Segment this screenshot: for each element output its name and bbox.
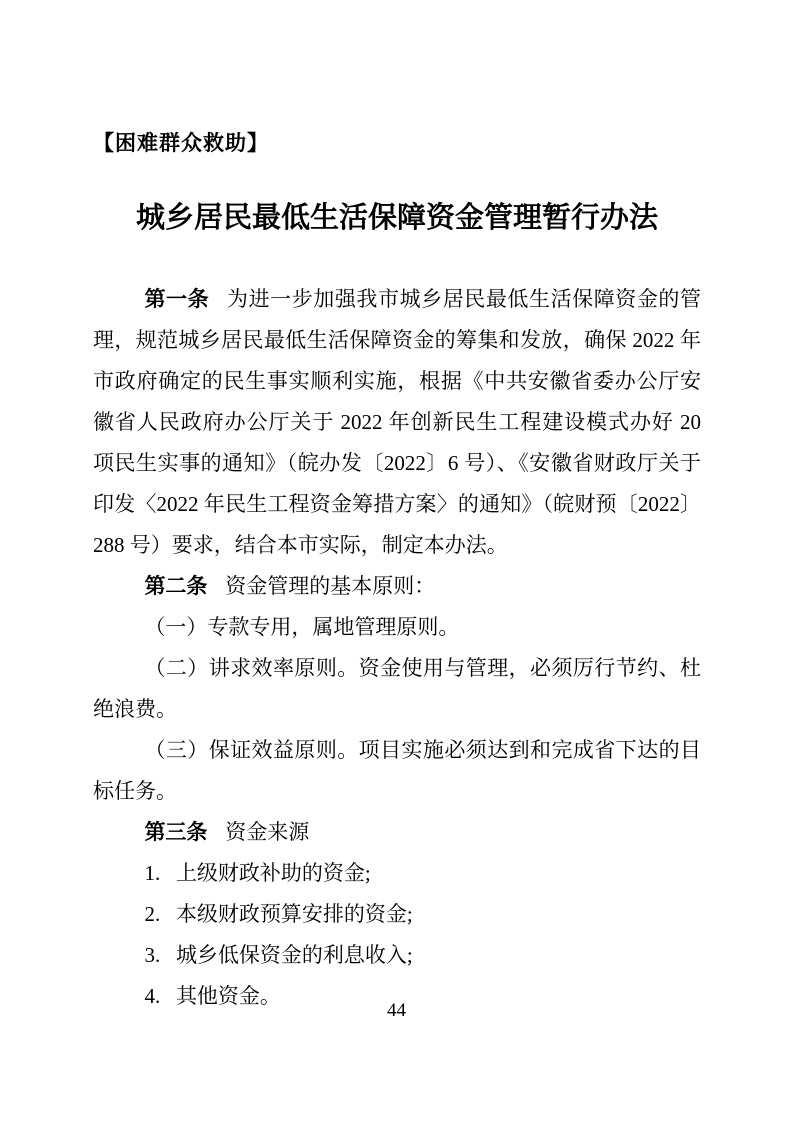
paragraph-text: 为进一步加强我市城乡居民最低生活保障资金的管理，规范城乡居民最低生活保障资金的筹… <box>93 287 701 557</box>
document-title: 城乡居民最低生活保障资金管理暂行办法 <box>93 201 701 235</box>
paragraph-text: 资金管理的基本原则： <box>225 574 435 598</box>
list-item: 1.上级财政补助的资金; <box>93 853 701 894</box>
paragraph-text: （三）保证效益原则。项目实施必须达到和完成省下达的目标任务。 <box>93 738 701 803</box>
list-item-text: 城乡低保资金的利息收入; <box>176 943 413 967</box>
list-item: 3.城乡低保资金的利息收入; <box>93 935 701 976</box>
paragraph-article-3: 第三条资金来源 <box>93 812 701 853</box>
paragraph-principle-3: （三）保证效益原则。项目实施必须达到和完成省下达的目标任务。 <box>93 730 701 812</box>
section-header: 【困难群众救助】 <box>93 131 701 157</box>
article-label: 第三条 <box>144 821 207 844</box>
article-text-block: 第一条为进一步加强我市城乡居民最低生活保障资金的管理，规范城乡居民最低生活保障资… <box>93 279 701 1017</box>
list-item-number: 2. <box>144 902 160 926</box>
list-item-text: 上级财政补助的资金; <box>176 861 371 885</box>
article-label: 第一条 <box>144 288 209 311</box>
paragraph-text: （二）讲求效率原则。资金使用与管理，必须厉行节约、杜绝浪费。 <box>93 656 701 721</box>
paragraph-article-2: 第二条资金管理的基本原则： <box>93 566 701 607</box>
list-item-number: 1. <box>144 861 160 885</box>
paragraph-article-1: 第一条为进一步加强我市城乡居民最低生活保障资金的管理，规范城乡居民最低生活保障资… <box>93 279 701 566</box>
paragraph-text: 资金来源 <box>225 820 309 844</box>
document-page: { "document": { "section_header": "【困难群众… <box>0 0 793 1122</box>
list-item: 2.本级财政预算安排的资金; <box>93 894 701 935</box>
document-body: 【困难群众救助】 城乡居民最低生活保障资金管理暂行办法 第一条为进一步加强我市城… <box>93 131 701 1017</box>
paragraph-principle-2: （二）讲求效率原则。资金使用与管理，必须厉行节约、杜绝浪费。 <box>93 648 701 730</box>
paragraph-text: （一）专款专用，属地管理原则。 <box>144 615 459 639</box>
list-item-text: 本级财政预算安排的资金; <box>176 902 413 926</box>
page-number: 44 <box>0 999 793 1023</box>
paragraph-principle-1: （一）专款专用，属地管理原则。 <box>93 607 701 648</box>
list-item-number: 3. <box>144 943 160 967</box>
article-label: 第二条 <box>144 575 207 598</box>
